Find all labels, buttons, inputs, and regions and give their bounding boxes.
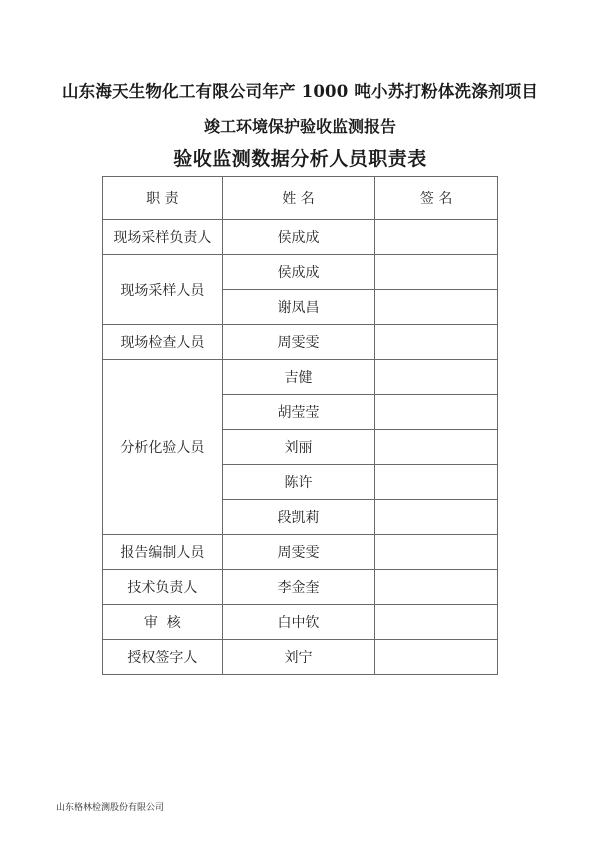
report-title-line1: 山东海天生物化工有限公司年产 1000 吨小苏打粉体洗涤剂项目: [0, 78, 600, 102]
signature-cell: [375, 570, 498, 605]
name-cell: 侯成成: [222, 220, 375, 255]
footer-company-name: 山东格林检测股份有限公司: [56, 800, 164, 813]
header-role: 职 责: [103, 177, 223, 220]
name-cell: 周雯雯: [222, 325, 375, 360]
name-cell: 侯成成: [222, 255, 375, 290]
role-cell: 分析化验人员: [103, 360, 223, 535]
report-title-line2: 竣工环境保护验收监测报告: [0, 114, 600, 137]
signature-cell: [375, 640, 498, 675]
table-row: 现场采样负责人 侯成成: [103, 220, 498, 255]
role-cell: 审 核: [103, 605, 223, 640]
name-cell: 刘丽: [222, 430, 375, 465]
name-cell: 陈许: [222, 465, 375, 500]
name-cell: 胡莹莹: [222, 395, 375, 430]
table-row: 现场检查人员 周雯雯: [103, 325, 498, 360]
name-cell: 段凯莉: [222, 500, 375, 535]
role-cell: 授权签字人: [103, 640, 223, 675]
name-cell: 李金奎: [222, 570, 375, 605]
name-cell: 谢凤昌: [222, 290, 375, 325]
role-cell: 技术负责人: [103, 570, 223, 605]
header-name: 姓 名: [222, 177, 375, 220]
name-cell: 白中钦: [222, 605, 375, 640]
name-cell: 吉健: [222, 360, 375, 395]
name-cell: 刘宁: [222, 640, 375, 675]
table-header-row: 职 责 姓 名 签 名: [103, 177, 498, 220]
signature-cell: [375, 360, 498, 395]
signature-cell: [375, 255, 498, 290]
table-row: 报告编制人员 周雯雯: [103, 535, 498, 570]
role-cell: 现场检查人员: [103, 325, 223, 360]
role-cell: 现场采样负责人: [103, 220, 223, 255]
signature-cell: [375, 535, 498, 570]
table-row: 分析化验人员 吉健: [103, 360, 498, 395]
name-cell: 周雯雯: [222, 535, 375, 570]
table-row: 审 核 白中钦: [103, 605, 498, 640]
staff-responsibility-table: 职 责 姓 名 签 名 现场采样负责人 侯成成 现场采样人员 侯成成 谢凤昌 现…: [102, 176, 498, 675]
header-signature: 签 名: [375, 177, 498, 220]
signature-cell: [375, 500, 498, 535]
role-cell: 报告编制人员: [103, 535, 223, 570]
signature-cell: [375, 605, 498, 640]
signature-cell: [375, 465, 498, 500]
table-title: 验收监测数据分析人员职责表: [0, 144, 600, 171]
signature-cell: [375, 290, 498, 325]
signature-cell: [375, 325, 498, 360]
signature-cell: [375, 395, 498, 430]
table-row: 授权签字人 刘宁: [103, 640, 498, 675]
table-row: 现场采样人员 侯成成: [103, 255, 498, 290]
role-cell: 现场采样人员: [103, 255, 223, 325]
signature-cell: [375, 220, 498, 255]
table-row: 技术负责人 李金奎: [103, 570, 498, 605]
signature-cell: [375, 430, 498, 465]
